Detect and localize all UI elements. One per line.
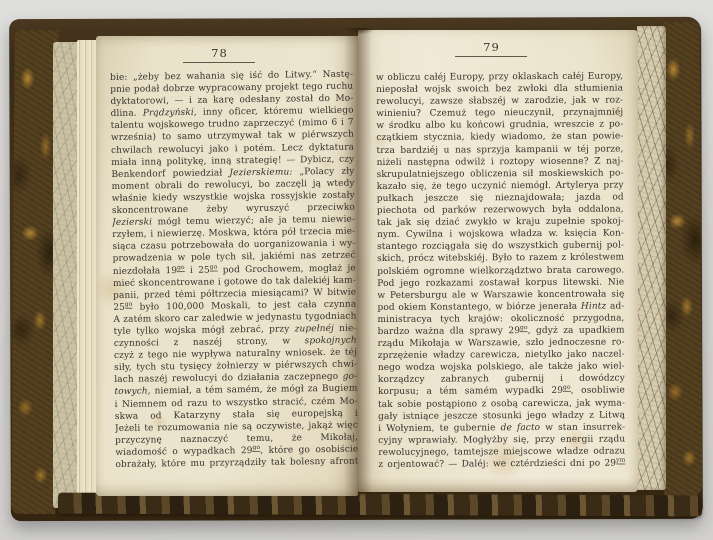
text-line: czątkiem stycznia, kiedy wiadomo, że sta… <box>376 131 623 145</box>
right-header-rule <box>455 56 527 57</box>
right-marbled-endpaper-edge <box>637 26 666 490</box>
text-line: tak sobie postąpiono z osobą carewicza, … <box>378 397 625 411</box>
text-line: polskiém ogromne wielkorządztwo brata ca… <box>377 264 624 278</box>
right-cover-marble <box>662 22 702 496</box>
text-line: skich, prócz witebskiéj. Było to razem z… <box>377 252 624 266</box>
right-page-number: 79 <box>368 40 615 54</box>
text-line: z orjentować? — Daléj: we cztérdzieści d… <box>378 457 625 471</box>
left-cover-marble <box>11 30 58 514</box>
text-line: korpusu; a tém samém wypadki 29go, osobl… <box>378 385 625 399</box>
left-page-text: bie: „żeby bez wahania się iść do Litwy.… <box>110 69 359 471</box>
left-marbled-endpaper-edge <box>53 42 78 508</box>
text-line: trza bardziéj u nas sprzyja kampanii w t… <box>376 143 623 157</box>
text-line: Pod jego rozkazami zostawał korpus litew… <box>377 276 624 290</box>
text-line: gały istniące jeszcze stosunki jego wład… <box>378 409 625 423</box>
bottom-page-edges <box>58 493 702 517</box>
right-page-text: w obliczu całéj Europy, przy oklaskach c… <box>376 70 625 471</box>
left-page-number: 78 <box>98 46 341 60</box>
left-header-rule <box>183 62 255 63</box>
photo-background: 78 79 bie: „żeby bez wahania się iść do … <box>0 0 713 540</box>
